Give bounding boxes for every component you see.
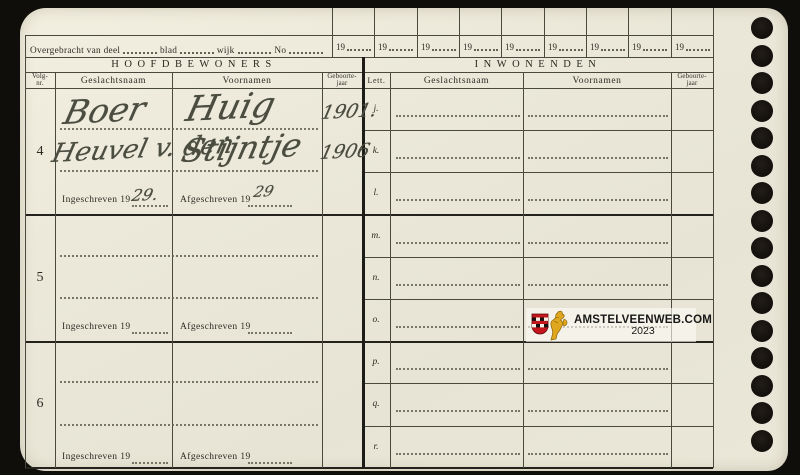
letter-label: j. bbox=[363, 88, 389, 130]
year-cell: 19 bbox=[548, 42, 583, 52]
dotted-fill bbox=[289, 52, 323, 54]
column-header-geboortejaar: Geboorte- jaar bbox=[322, 73, 362, 87]
surname-entry: Boer bbox=[60, 89, 150, 132]
writing-line bbox=[528, 410, 668, 412]
dotted-fill bbox=[132, 462, 168, 464]
letter-label: q. bbox=[363, 383, 389, 425]
grid-line bbox=[628, 8, 629, 57]
column-header-lett: Lett. bbox=[363, 76, 390, 85]
writing-line bbox=[396, 453, 520, 455]
grid-line bbox=[390, 72, 391, 468]
writing-line bbox=[528, 368, 668, 370]
afgeschreven-label: Afgeschreven 19 bbox=[180, 322, 251, 332]
transfer-label-blad: blad bbox=[160, 46, 177, 56]
dotted-fill bbox=[248, 332, 292, 334]
firstname-entry: Stijntje bbox=[178, 126, 306, 170]
writing-line bbox=[528, 157, 668, 159]
registry-card: Overgebracht van deel blad wijk No 19 19… bbox=[20, 8, 788, 471]
writing-line bbox=[60, 297, 318, 299]
writing-line bbox=[528, 284, 668, 286]
writing-line bbox=[396, 199, 520, 201]
binder-hole bbox=[751, 347, 773, 369]
dotted-fill bbox=[601, 46, 625, 51]
grid-line bbox=[671, 8, 672, 57]
grid-line bbox=[501, 8, 502, 57]
dotted-fill bbox=[432, 46, 456, 51]
ingeschreven-label: Ingeschreven 19 bbox=[62, 322, 131, 332]
year-label: 19 bbox=[590, 42, 599, 52]
afgeschreven-label: Afgeschreven 19 bbox=[180, 452, 251, 462]
transfer-label-wijk: wijk bbox=[217, 46, 235, 56]
year-cell: 19 bbox=[590, 42, 625, 52]
year-label: 19 bbox=[632, 42, 641, 52]
year-cell: 19 bbox=[632, 42, 667, 52]
dotted-fill bbox=[559, 46, 583, 51]
writing-line bbox=[396, 242, 520, 244]
transfer-header-row: Overgebracht van deel blad wijk No bbox=[30, 42, 326, 56]
dotted-fill bbox=[248, 462, 292, 464]
writing-line bbox=[396, 326, 520, 328]
column-header-geboortejaar-line2: jaar bbox=[322, 80, 362, 87]
grid-line bbox=[332, 8, 333, 57]
column-header-volgnr-line1: Volg- bbox=[25, 73, 55, 80]
column-header-geboortejaar-right: Geboorte- jaar bbox=[671, 73, 713, 87]
column-header-voornamen-right: Voornamen bbox=[523, 76, 671, 86]
letter-label: p. bbox=[363, 341, 389, 383]
section-title-inwonenden: INWONENDEN bbox=[363, 59, 713, 70]
grid-line bbox=[363, 299, 713, 300]
binder-hole bbox=[751, 265, 773, 287]
dotted-fill bbox=[180, 52, 214, 54]
letter-label: n. bbox=[363, 257, 389, 299]
column-header-geslachtsnaam: Geslachtsnaam bbox=[55, 76, 172, 86]
binder-hole bbox=[751, 320, 773, 342]
row-number: 5 bbox=[25, 270, 55, 286]
scan-background: Overgebracht van deel blad wijk No 19 19… bbox=[0, 0, 800, 475]
binder-hole bbox=[751, 155, 773, 177]
year-cell: 19 bbox=[421, 42, 456, 52]
writing-line bbox=[60, 255, 318, 257]
dotted-fill bbox=[132, 205, 168, 207]
grid-line bbox=[25, 57, 713, 58]
binder-hole bbox=[751, 100, 773, 122]
afgeschreven-label: Afgeschreven 19 bbox=[180, 195, 251, 205]
grid-line bbox=[363, 172, 713, 173]
dotted-fill bbox=[474, 46, 498, 51]
writing-line bbox=[60, 381, 318, 383]
dotted-fill bbox=[347, 46, 371, 51]
column-header-volgnr-line2: nr. bbox=[25, 80, 55, 87]
binder-hole bbox=[751, 72, 773, 94]
dotted-fill bbox=[238, 52, 272, 54]
transfer-label-no: No bbox=[274, 46, 286, 56]
letter-label: r. bbox=[363, 426, 389, 468]
writing-line bbox=[528, 115, 668, 117]
letter-label: m. bbox=[363, 215, 389, 257]
grid-line bbox=[25, 35, 713, 36]
grid-line bbox=[523, 72, 524, 468]
year-label: 19 bbox=[421, 42, 430, 52]
section-title-hoofdbewoners: HOOFDBEWONERS bbox=[25, 59, 363, 70]
binder-hole bbox=[751, 182, 773, 204]
year-label: 19 bbox=[675, 42, 684, 52]
firstname-entry: Huig bbox=[182, 86, 279, 130]
binder-hole bbox=[751, 17, 773, 39]
grid-line bbox=[363, 426, 713, 427]
watermark-site: AMSTELVEENWEB.COM bbox=[574, 314, 712, 326]
binder-hole bbox=[751, 45, 773, 67]
watermark-year: 2023 bbox=[574, 326, 712, 337]
grid-line bbox=[172, 72, 173, 468]
writing-line bbox=[60, 170, 318, 172]
grid-line bbox=[544, 8, 545, 57]
grid-line bbox=[586, 8, 587, 57]
year-cell: 19 bbox=[378, 42, 413, 52]
binder-hole bbox=[751, 292, 773, 314]
letter-label: k. bbox=[363, 130, 389, 172]
letter-label: o. bbox=[363, 299, 389, 341]
writing-line bbox=[528, 453, 668, 455]
writing-line bbox=[528, 242, 668, 244]
column-header-geboortejaar-right-line2: jaar bbox=[671, 80, 713, 87]
writing-line bbox=[528, 199, 668, 201]
year-cell: 19 bbox=[505, 42, 540, 52]
letter-label: l. bbox=[363, 172, 389, 214]
dotted-fill bbox=[643, 46, 667, 51]
ingeschreven-year-hand: 29. bbox=[130, 185, 160, 205]
grid-line bbox=[363, 383, 713, 384]
row-number: 6 bbox=[25, 396, 55, 412]
shield-icon bbox=[532, 314, 548, 334]
watermark-text: AMSTELVEENWEB.COM 2023 bbox=[574, 314, 712, 337]
grid-line bbox=[417, 8, 418, 57]
year-cell: 19 bbox=[463, 42, 498, 52]
lion-icon bbox=[551, 311, 567, 340]
writing-line bbox=[396, 284, 520, 286]
binder-hole bbox=[751, 375, 773, 397]
grid-line bbox=[459, 8, 460, 57]
column-header-voornamen: Voornamen bbox=[172, 76, 322, 86]
column-header-volgnr: Volg- nr. bbox=[25, 73, 55, 87]
writing-line bbox=[396, 410, 520, 412]
watermark: AMSTELVEENWEB.COM 2023 bbox=[526, 308, 696, 342]
ingeschreven-label: Ingeschreven 19 bbox=[62, 452, 131, 462]
binder-hole bbox=[751, 127, 773, 149]
binder-hole bbox=[751, 430, 773, 452]
year-label: 19 bbox=[463, 42, 472, 52]
dotted-fill bbox=[389, 46, 413, 51]
binder-hole bbox=[751, 237, 773, 259]
grid-line bbox=[374, 8, 375, 57]
grid-line bbox=[25, 72, 713, 73]
year-label: 19 bbox=[378, 42, 387, 52]
column-header-geslachtsnaam-right: Geslachtsnaam bbox=[390, 76, 523, 86]
dotted-fill bbox=[516, 46, 540, 51]
dotted-fill bbox=[248, 205, 292, 207]
ingeschreven-label: Ingeschreven 19 bbox=[62, 195, 131, 205]
grid-line bbox=[322, 72, 323, 468]
year-label: 19 bbox=[336, 42, 345, 52]
year-label: 19 bbox=[548, 42, 557, 52]
column-header-geboortejaar-line1: Geboorte- bbox=[322, 73, 362, 80]
transfer-label-deel: Overgebracht van deel bbox=[30, 46, 120, 56]
binder-hole bbox=[751, 210, 773, 232]
binder-hole bbox=[751, 402, 773, 424]
writing-line bbox=[396, 115, 520, 117]
afgeschreven-year-hand: 29 bbox=[252, 182, 276, 201]
grid-line bbox=[363, 130, 713, 131]
grid-line bbox=[55, 72, 56, 468]
dotted-fill bbox=[123, 52, 157, 54]
column-header-geboortejaar-right-line1: Geboorte- bbox=[671, 73, 713, 80]
grid-line bbox=[363, 257, 713, 258]
coat-of-arms-icon bbox=[528, 309, 574, 341]
year-cell: 19 bbox=[336, 42, 371, 52]
year-label: 19 bbox=[505, 42, 514, 52]
dotted-fill bbox=[132, 332, 168, 334]
writing-line bbox=[60, 424, 318, 426]
year-cell: 19 bbox=[675, 42, 710, 52]
grid-line bbox=[713, 8, 714, 468]
grid-line bbox=[671, 72, 672, 468]
writing-line bbox=[396, 368, 520, 370]
dotted-fill bbox=[686, 46, 710, 51]
writing-line bbox=[396, 157, 520, 159]
